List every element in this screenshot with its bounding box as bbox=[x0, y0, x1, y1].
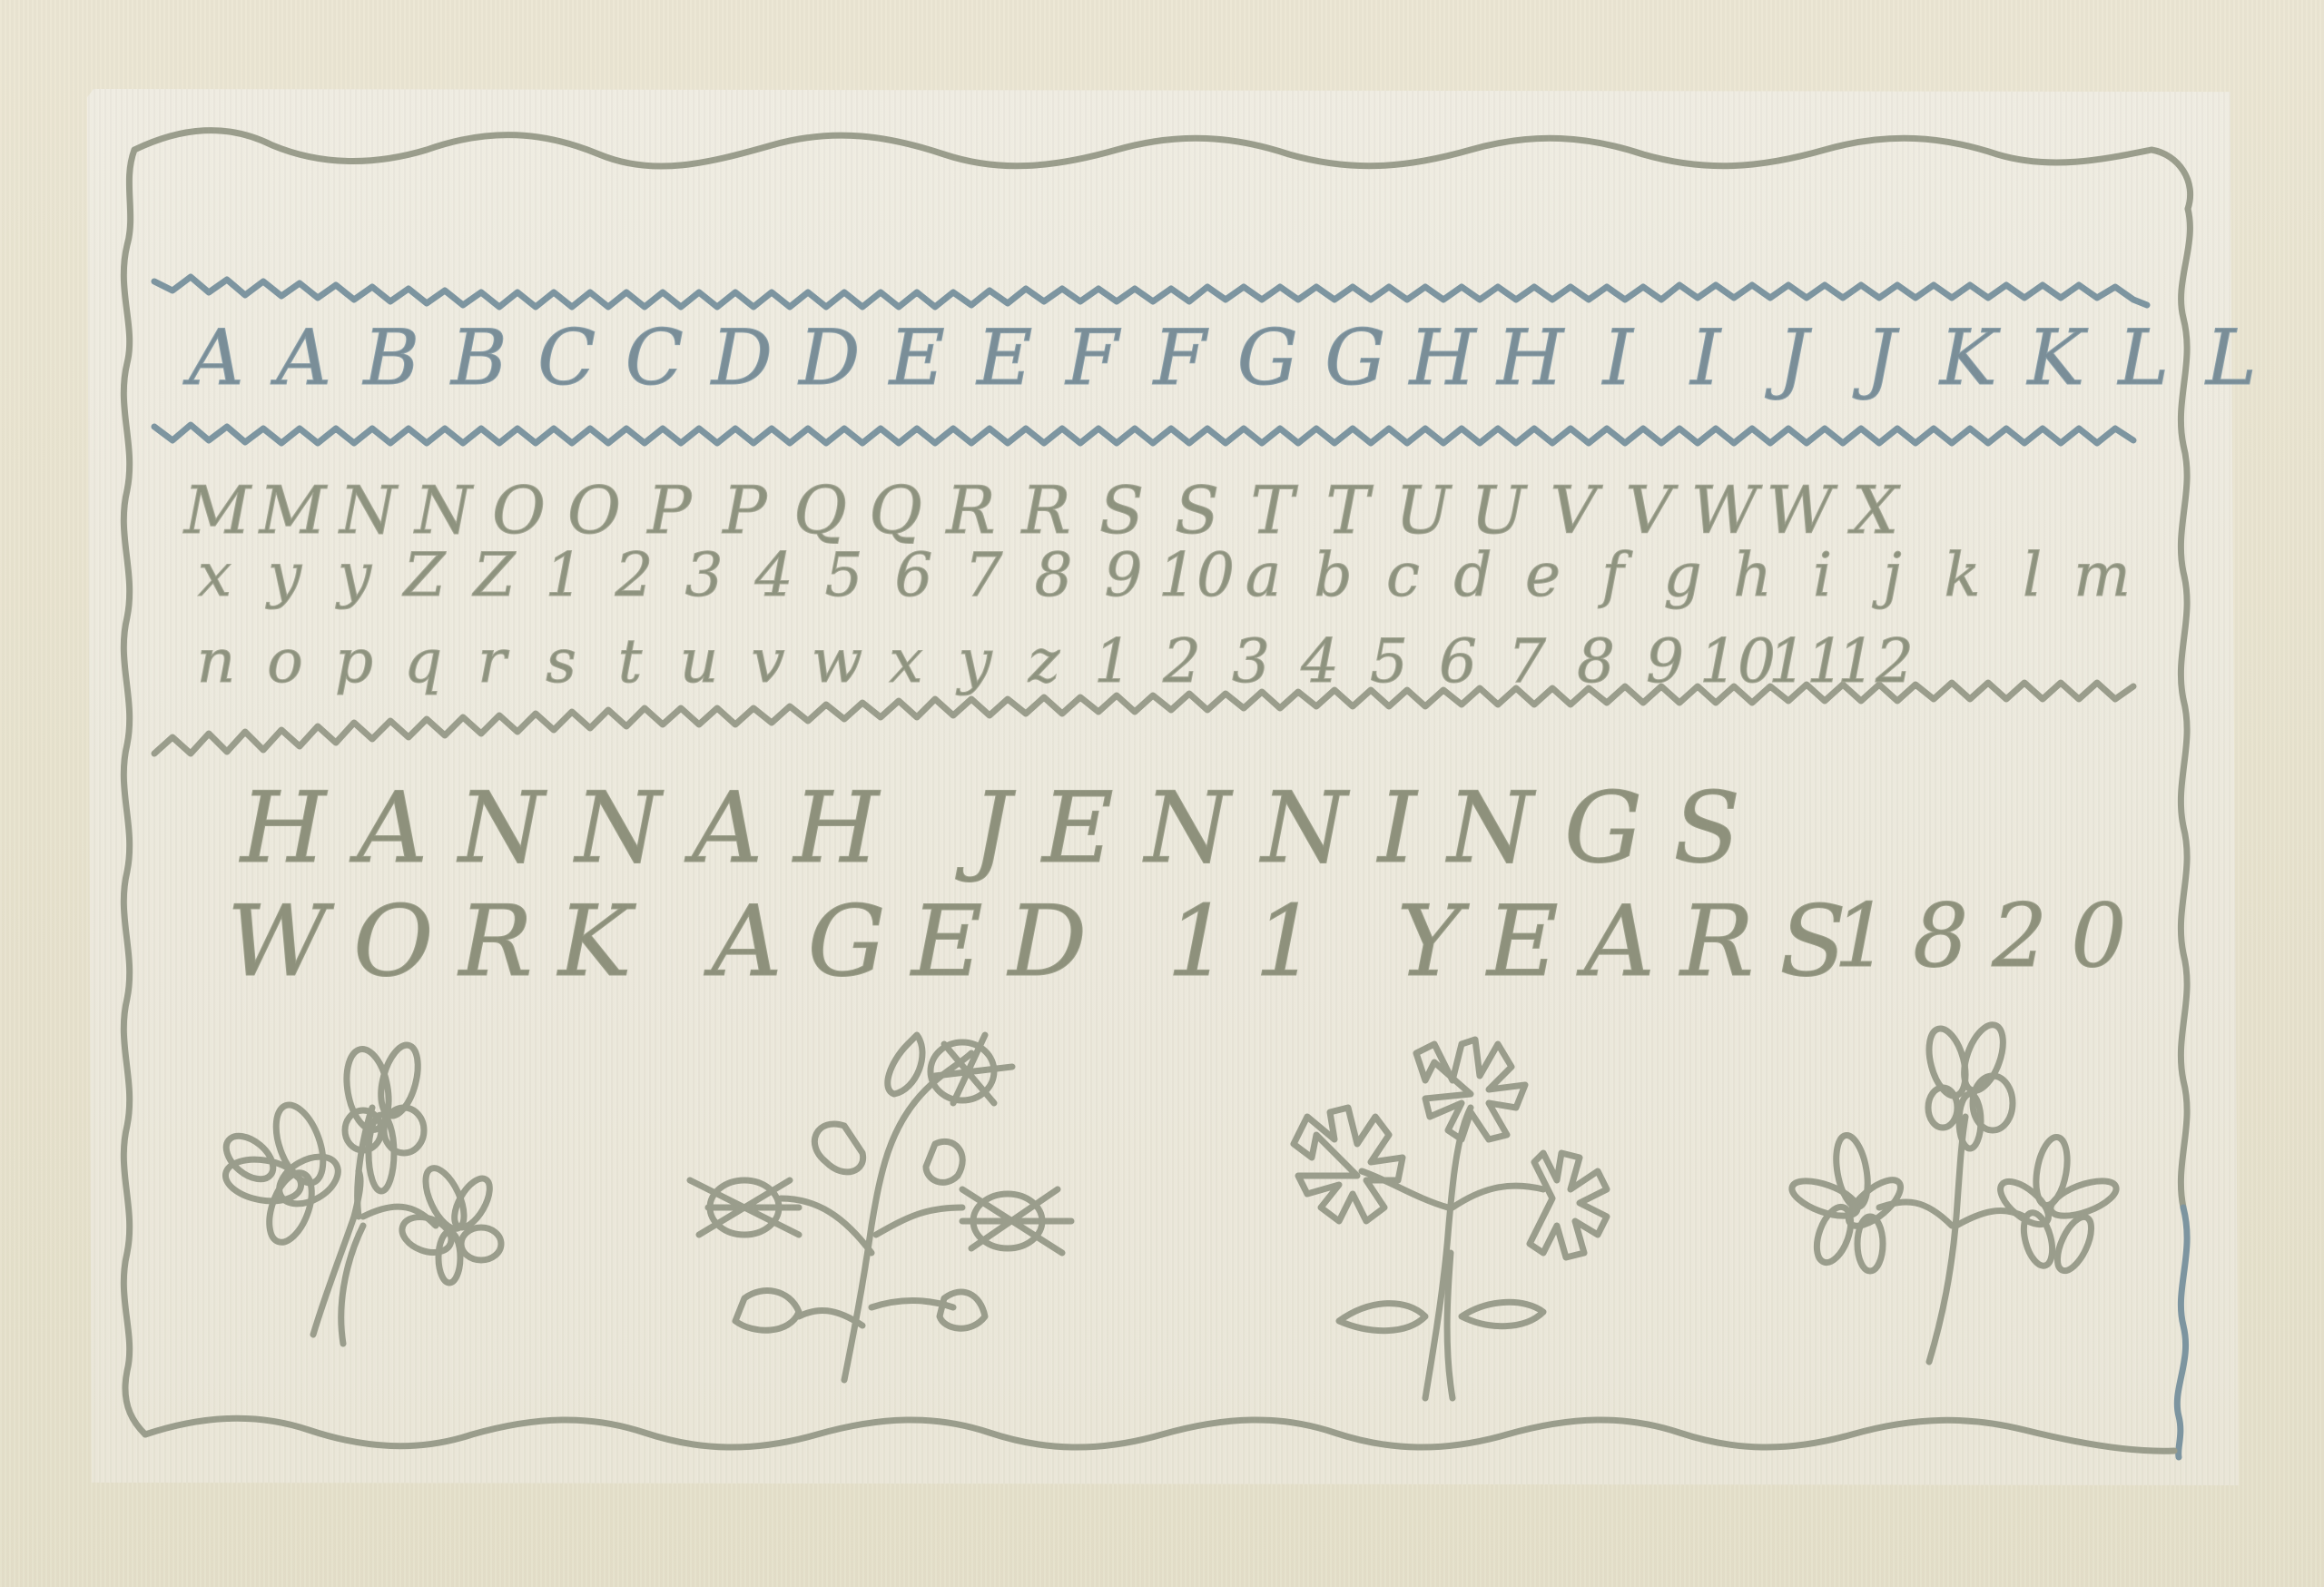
letter: K bbox=[2013, 313, 2101, 402]
letter: y bbox=[940, 626, 1009, 696]
letter: A bbox=[261, 313, 349, 402]
letter: 2 bbox=[1147, 626, 1216, 696]
letter: D bbox=[786, 313, 874, 402]
letter: 12 bbox=[1837, 626, 1906, 696]
letter: I bbox=[1662, 313, 1750, 402]
carnation-sprig-icon bbox=[1294, 1040, 1607, 1398]
letter: 4 bbox=[1285, 626, 1354, 696]
letter: 4 bbox=[739, 540, 809, 610]
alphabet-row-1: AABBCCDDEEFFGGHHIIJJKKLL bbox=[172, 313, 2275, 402]
letter: U bbox=[1461, 472, 1536, 548]
zigzag-divider-2 bbox=[154, 425, 2133, 443]
letter: L bbox=[2100, 313, 2188, 402]
letter: P bbox=[707, 472, 783, 548]
letter: 6 bbox=[1423, 626, 1492, 696]
zigzag-divider-1 bbox=[154, 277, 2147, 307]
pansy-sprig-left-icon bbox=[218, 1041, 501, 1344]
inscription-line: WORKAGED11YEARS bbox=[227, 885, 1926, 999]
letter: R bbox=[1009, 472, 1084, 548]
letter: y bbox=[250, 540, 320, 610]
letter: Q bbox=[858, 472, 933, 548]
inscription-word-aged: AGED bbox=[712, 885, 1113, 999]
letter: J bbox=[1837, 313, 1925, 402]
letter: L bbox=[2188, 313, 2276, 402]
letter: p bbox=[320, 626, 389, 696]
letter: 8 bbox=[1019, 540, 1088, 610]
outer-border-bottom bbox=[145, 1418, 2174, 1451]
letter: k bbox=[1927, 540, 1997, 610]
letter: F bbox=[1049, 313, 1137, 402]
letter: 5 bbox=[1354, 626, 1423, 696]
letter: W bbox=[1762, 472, 1837, 548]
letter: B bbox=[436, 313, 524, 402]
letter: o bbox=[251, 626, 320, 696]
letter: N bbox=[330, 472, 406, 548]
letter: x bbox=[180, 540, 250, 610]
outer-border-left bbox=[123, 150, 145, 1434]
alphabet-row-2: MMNNOOPPQQRRSSTTUUVVWWX bbox=[180, 472, 1913, 548]
letter: S bbox=[1159, 472, 1235, 548]
letter: r bbox=[458, 626, 527, 696]
letter: N bbox=[406, 472, 481, 548]
letter: T bbox=[1235, 472, 1310, 548]
letter: i bbox=[1787, 540, 1857, 610]
letter: u bbox=[665, 626, 734, 696]
alphabet-row-3: xyyZZ12345678910abcdefghijklm bbox=[180, 540, 2137, 610]
letter: G bbox=[1224, 313, 1312, 402]
letter: K bbox=[1925, 313, 2013, 402]
letter: Q bbox=[783, 472, 858, 548]
letter: M bbox=[180, 472, 255, 548]
letter: 1 bbox=[529, 540, 599, 610]
year: 1820 bbox=[1834, 885, 2150, 987]
letter: 7 bbox=[1492, 626, 1561, 696]
letter: W bbox=[1687, 472, 1762, 548]
pansy-sprig-right-icon bbox=[1787, 1020, 2121, 1362]
letter: 3 bbox=[1216, 626, 1285, 696]
letter: T bbox=[1310, 472, 1385, 548]
letter: s bbox=[527, 626, 596, 696]
letter: 1 bbox=[1078, 626, 1147, 696]
letter: m bbox=[2067, 540, 2137, 610]
letter: X bbox=[1837, 472, 1913, 548]
letter: h bbox=[1718, 540, 1787, 610]
letter: V bbox=[1611, 472, 1687, 548]
outer-border-right-blue bbox=[2177, 1207, 2187, 1457]
letter: 6 bbox=[879, 540, 949, 610]
letter: 10 bbox=[1699, 626, 1768, 696]
letter: b bbox=[1298, 540, 1368, 610]
letter: 9 bbox=[1630, 626, 1699, 696]
letter: 3 bbox=[669, 540, 739, 610]
inscription-word-work: WORK bbox=[227, 885, 657, 999]
letter: H bbox=[1399, 313, 1487, 402]
letter: I bbox=[1574, 313, 1662, 402]
letter: U bbox=[1385, 472, 1461, 548]
alphabet-row-4: nopqrstuvwxyz123456789101112 bbox=[182, 626, 1906, 696]
inscription-word-years: YEARS bbox=[1397, 885, 1872, 999]
letter: c bbox=[1368, 540, 1438, 610]
letter: a bbox=[1228, 540, 1298, 610]
letter: O bbox=[481, 472, 556, 548]
letter: Z bbox=[459, 540, 529, 610]
letter: f bbox=[1578, 540, 1648, 610]
letter: F bbox=[1137, 313, 1225, 402]
letter: B bbox=[348, 313, 436, 402]
letter: 11 bbox=[1768, 626, 1837, 696]
letter: M bbox=[255, 472, 330, 548]
letter: E bbox=[961, 313, 1049, 402]
letter: O bbox=[556, 472, 632, 548]
rose-bud-sprig-icon bbox=[690, 1035, 1071, 1380]
letter: 2 bbox=[599, 540, 669, 610]
letter: S bbox=[1084, 472, 1159, 548]
letter: P bbox=[632, 472, 707, 548]
letter: 5 bbox=[809, 540, 879, 610]
letter: 10 bbox=[1158, 540, 1228, 610]
letter: A bbox=[172, 313, 261, 402]
letter: g bbox=[1648, 540, 1718, 610]
letter: G bbox=[1312, 313, 1400, 402]
letter: C bbox=[523, 313, 611, 402]
letter: R bbox=[933, 472, 1009, 548]
letter: Z bbox=[389, 540, 459, 610]
letter: x bbox=[871, 626, 940, 696]
letter: 9 bbox=[1088, 540, 1158, 610]
letter: n bbox=[182, 626, 251, 696]
letter: z bbox=[1009, 626, 1078, 696]
letter: V bbox=[1536, 472, 1611, 548]
letter: t bbox=[596, 626, 665, 696]
letter: C bbox=[611, 313, 699, 402]
letter: D bbox=[698, 313, 786, 402]
letter: 7 bbox=[949, 540, 1019, 610]
letter: w bbox=[803, 626, 871, 696]
letter: y bbox=[320, 540, 389, 610]
inscription-word-age: 11 bbox=[1167, 885, 1342, 999]
letter: l bbox=[1997, 540, 2067, 610]
letter: q bbox=[389, 626, 458, 696]
letter: 8 bbox=[1561, 626, 1630, 696]
letter: H bbox=[1487, 313, 1575, 402]
letter: v bbox=[734, 626, 803, 696]
maker-name: HANNAH JENNINGS bbox=[241, 772, 1771, 885]
letter: E bbox=[873, 313, 961, 402]
letter: e bbox=[1508, 540, 1578, 610]
letter: J bbox=[1749, 313, 1837, 402]
outer-border-top bbox=[134, 131, 2191, 209]
letter: d bbox=[1438, 540, 1508, 610]
letter: j bbox=[1857, 540, 1927, 610]
